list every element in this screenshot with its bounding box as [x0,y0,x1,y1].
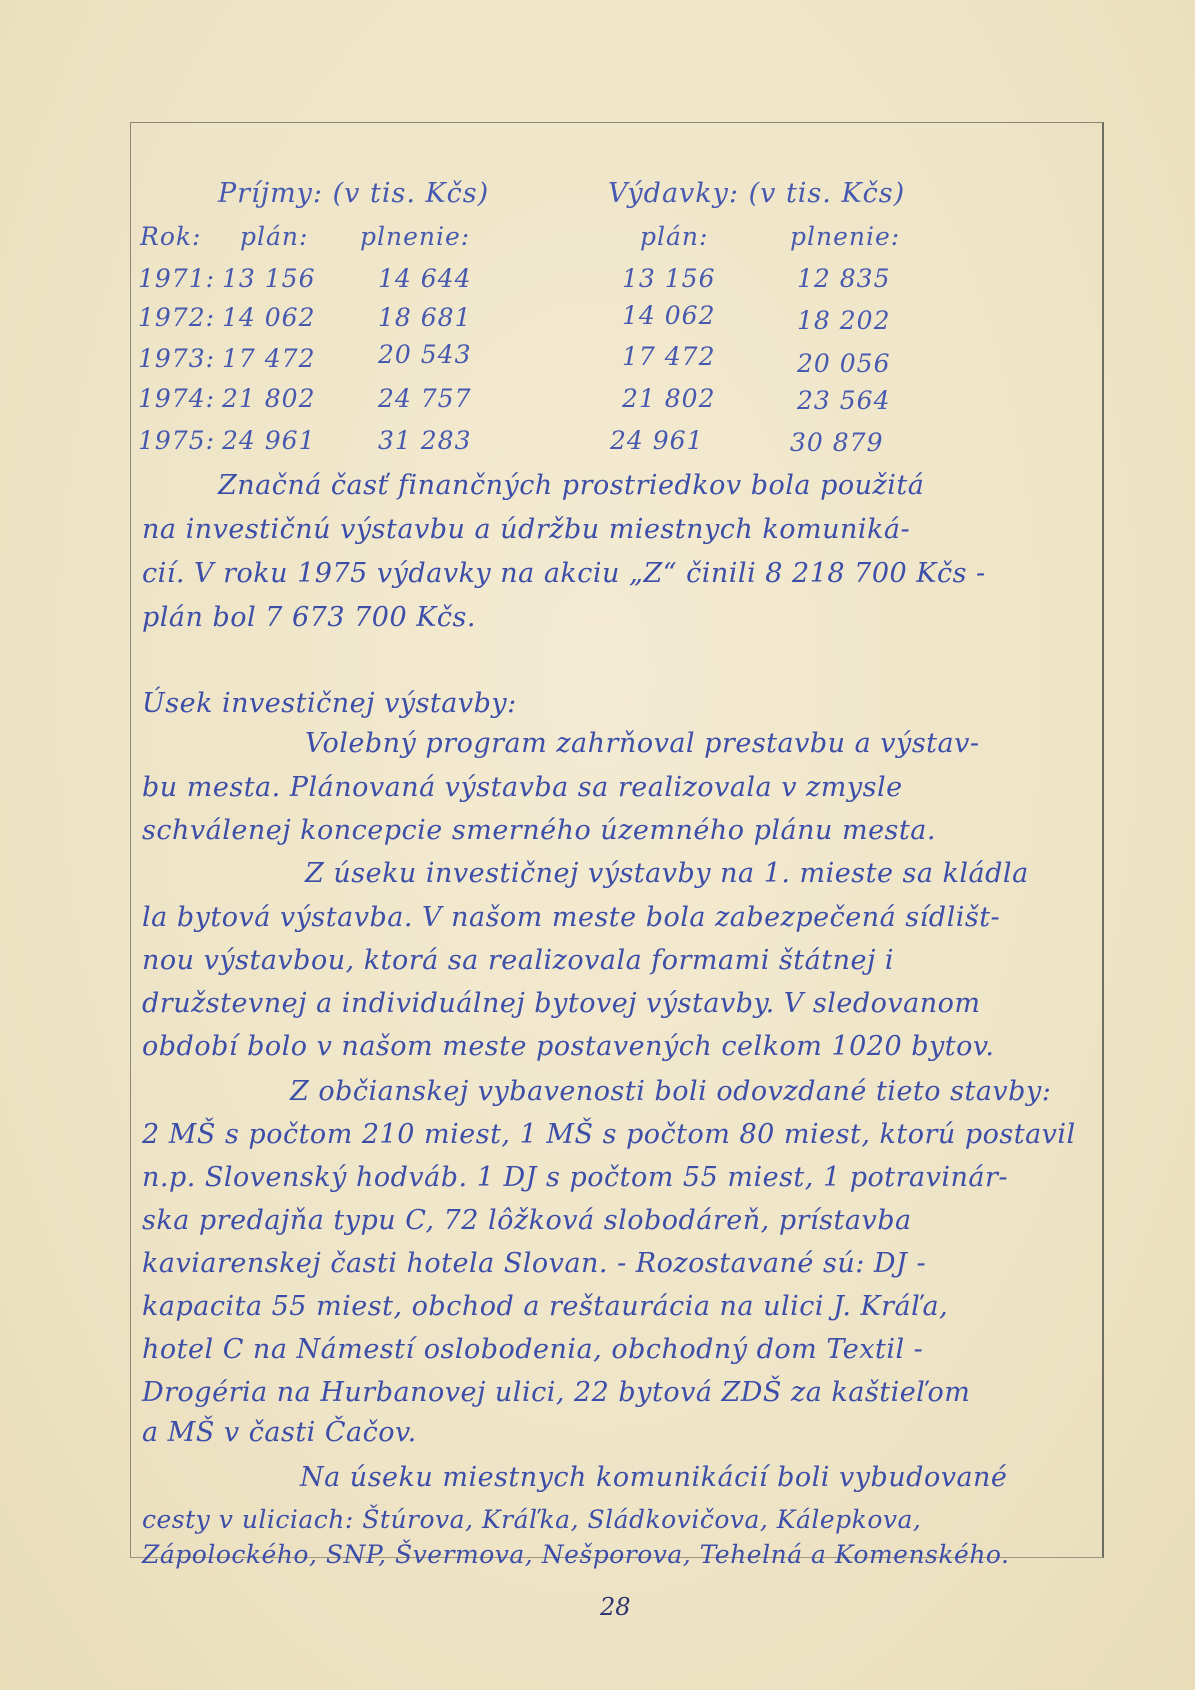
expense-actual: 12 835 [797,264,890,293]
paragraph-line: Z občianskej vybavenosti boli odovzdané … [290,1076,1051,1107]
paragraph-line: Zápolockého, SNP, Švermova, Nešporova, T… [142,1540,1010,1569]
income-actual: 20 543 [378,340,471,369]
paragraph-line: nou výstavbou, ktorá sa realizovala form… [142,945,894,976]
paragraph-line: Značná časť finančných prostriedkov bola… [218,470,924,501]
paragraph-line: kapacita 55 miest, obchod a reštaurácia … [142,1291,948,1322]
paragraph-line: hotel C na Námestí oslobodenia, obchodný… [142,1334,923,1365]
expense-plan: 24 961 [610,426,703,455]
section-heading: Úsek investičnej výstavby: [142,688,517,719]
income-plan: 13 156 [222,264,315,293]
paragraph-line: Drogéria na Hurbanovej ulici, 22 bytová … [142,1377,970,1408]
paragraph-line: na investičnú výstavbu a údržbu miestnyc… [142,514,910,545]
year: 1975: [138,426,215,455]
income-actual: 18 681 [378,303,471,332]
col-expense-actual: plnenie: [790,222,900,251]
income-plan: 14 062 [222,303,315,332]
year: 1973: [138,344,215,373]
expenses-group-header: Výdavky: (v tis. Kčs) [608,178,905,209]
paragraph-line: ska predajňa typu C, 72 lôžková slobodár… [142,1205,912,1236]
paragraph-line: období bolo v našom meste postavených ce… [142,1031,994,1062]
expense-actual: 30 879 [790,428,883,457]
expense-actual: 18 202 [797,306,890,335]
year: 1972: [138,303,215,332]
paragraph-line: n.p. Slovenský hodváb. 1 DJ s počtom 55 … [142,1162,1008,1193]
paragraph-line: a MŠ v časti Čačov. [142,1417,417,1448]
page-number: 28 [600,1593,631,1621]
expense-plan: 21 802 [622,384,715,413]
income-plan: 21 802 [222,384,315,413]
col-income-plan: plán: [240,222,308,251]
paragraph-line: cesty v uliciach: Štúrova, Kráľka, Sládk… [142,1505,921,1534]
col-expense-plan: plán: [640,222,708,251]
expense-actual: 20 056 [797,349,890,378]
col-income-actual: plnenie: [360,222,470,251]
expense-plan: 13 156 [622,264,715,293]
paragraph-line: schválenej koncepcie smerného územného p… [142,815,936,846]
paragraph-line: Z úseku investičnej výstavby na 1. miest… [305,858,1029,889]
paragraph-line: 2 MŠ s počtom 210 miest, 1 MŠ s počtom 8… [142,1119,1076,1150]
income-actual: 14 644 [378,264,471,293]
paragraph-line: kaviarenskej časti hotela Slovan. - Rozo… [142,1248,926,1279]
year: 1974: [138,384,215,413]
paragraph-line: Na úseku miestnych komunikácií boli vybu… [300,1462,1007,1493]
paragraph-line: cií. V roku 1975 výdavky na akciu „Z“ či… [142,558,986,589]
paragraph-line: la bytová výstavba. V našom meste bola z… [142,902,1000,933]
income-plan: 24 961 [222,426,315,455]
income-actual: 24 757 [378,384,471,413]
paragraph-line: bu mesta. Plánovaná výstavba sa realizov… [142,772,903,803]
col-year: Rok: [140,222,201,251]
paragraph-line: plán bol 7 673 700 Kčs. [142,602,476,633]
income-group-header: Príjmy: (v tis. Kčs) [218,178,489,209]
expense-actual: 23 564 [797,386,890,415]
paragraph-line: Volebný program zahrňoval prestavbu a vý… [305,728,980,759]
expense-plan: 17 472 [622,342,715,371]
income-plan: 17 472 [222,344,315,373]
year: 1971: [138,264,215,293]
income-actual: 31 283 [378,426,471,455]
paragraph-line: družstevnej a individuálnej bytovej výst… [142,988,981,1019]
expense-plan: 14 062 [622,301,715,330]
